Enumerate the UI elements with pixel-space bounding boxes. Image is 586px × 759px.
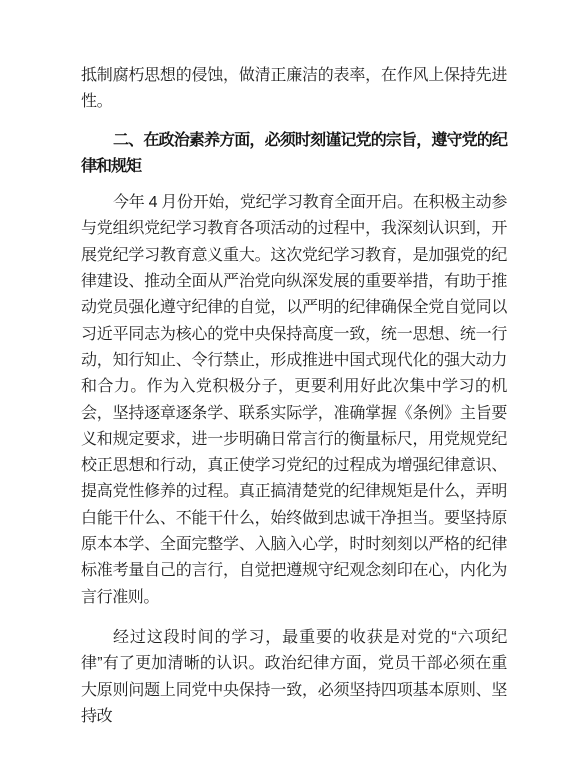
paragraph-body-last: 经过这段时间的学习，最重要的收获是对党的“六项纪律”有了更加清晰的认识。政治纪律… xyxy=(81,625,507,730)
section-heading: 二、在政治素养方面，必须时刻谨记党的宗旨，遵守党的纪律和规矩 xyxy=(81,128,507,181)
document-text-body: 抵制腐朽思想的侵蚀，做清正廉洁的表率，在作风上保持先进性。 二、在政治素养方面，… xyxy=(81,63,507,730)
paragraph-continuation: 抵制腐朽思想的侵蚀，做清正廉洁的表率，在作风上保持先进性。 xyxy=(81,63,507,116)
paragraph-body: 今年 4 月份开始，党纪学习教育全面开启。在积极主动参与党组织党纪学习教育各项活… xyxy=(81,190,507,611)
document-page: 抵制腐朽思想的侵蚀，做清正廉洁的表率，在作风上保持先进性。 二、在政治素养方面，… xyxy=(0,0,586,759)
